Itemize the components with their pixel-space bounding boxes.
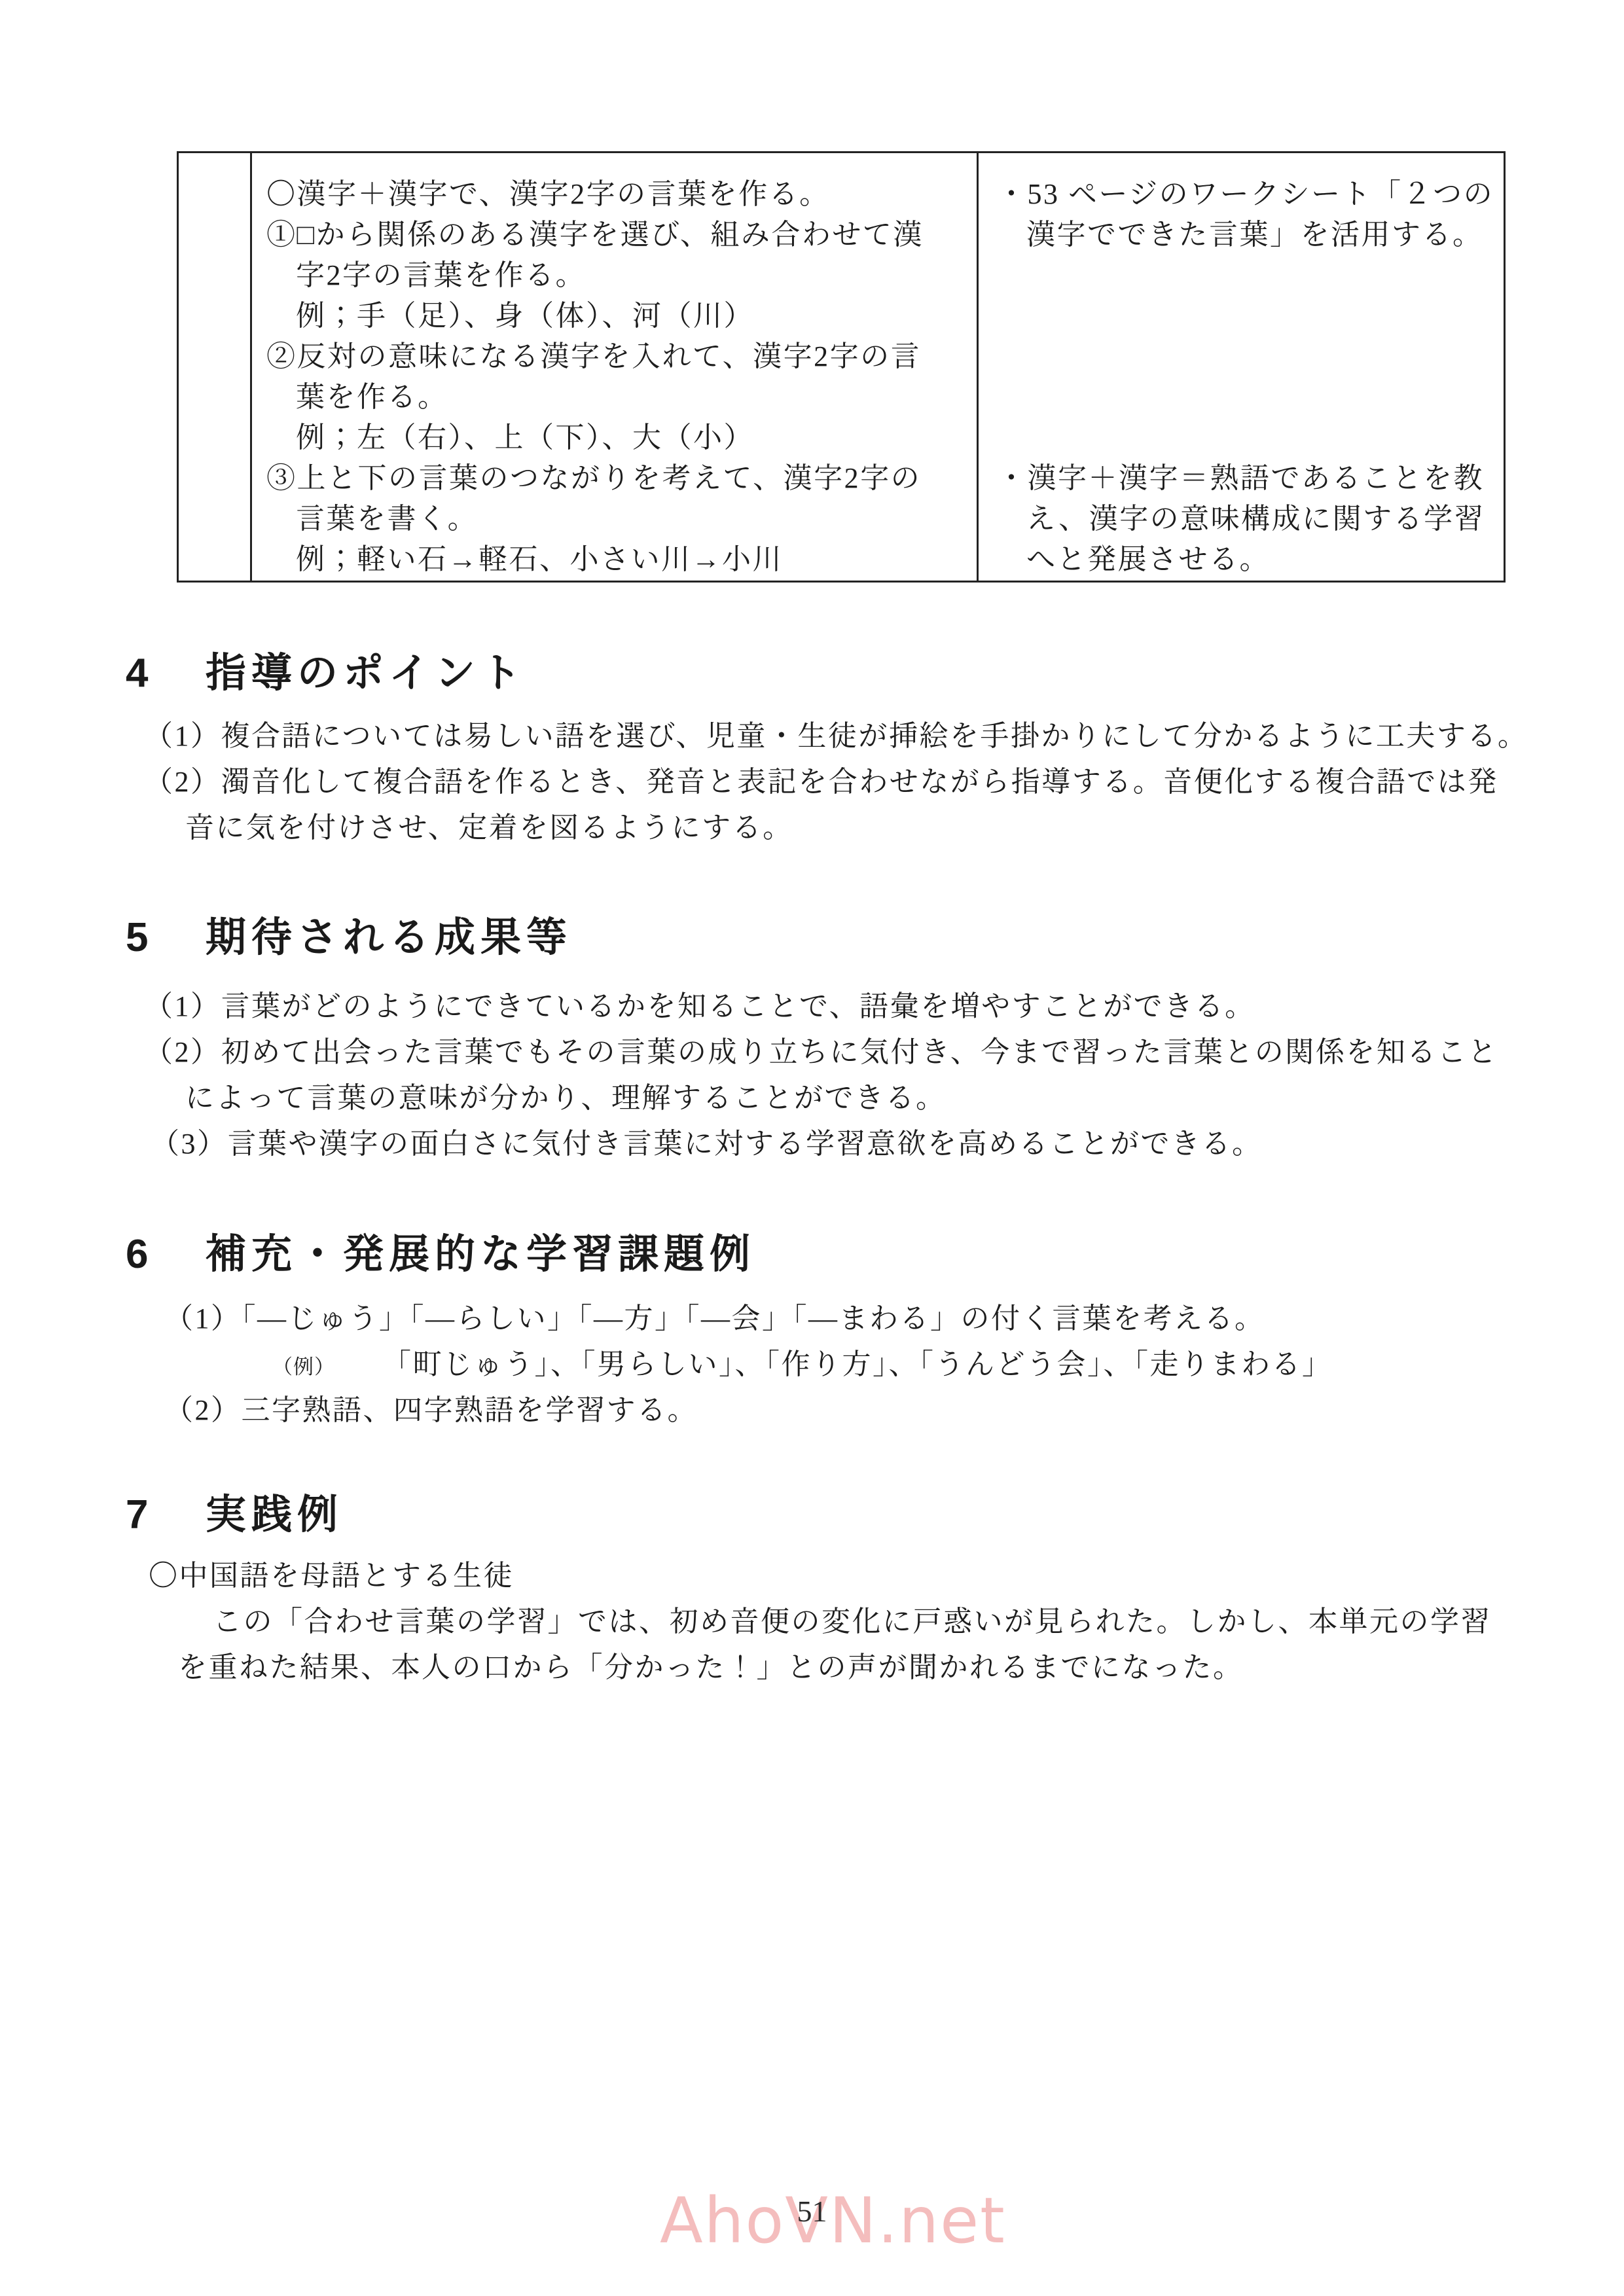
activity-line: ①□から関係のある漢字を選び、組み合わせて漢 xyxy=(266,215,977,255)
section-5-heading: 5期待される成果等 xyxy=(126,915,572,961)
activity-line: ③上と下の言葉のつながりを考えて、漢字2字の xyxy=(266,458,977,499)
section-title: 実践例 xyxy=(206,1492,343,1537)
body-line: （1）言葉がどのようにできているかを知ることで、語彙を増やすことができる。 xyxy=(144,984,1624,1030)
body-line: （1）「―じゅう」「―らしい」「―方」「―会」「―まわる」の付く言葉を考える。 xyxy=(164,1296,1624,1342)
section-number: 4 xyxy=(126,651,206,696)
body-line: （3）言葉や漢字の面白さに気付き言葉に対する学習意欲を高めることができる。 xyxy=(151,1121,1624,1167)
section-number: 7 xyxy=(126,1492,206,1538)
page-number: 51 xyxy=(0,2194,1624,2229)
section-title: 指導のポイント xyxy=(206,651,526,696)
activity-line: 例；手（足）、身（体）、河（川） xyxy=(266,296,977,336)
section-5-body: （1）言葉がどのようにできているかを知ることで、語彙を増やすことができる。 （2… xyxy=(0,984,1624,1167)
section-6-heading: 6補充・発展的な学習課題例 xyxy=(126,1232,755,1278)
section-4-body: （1）複合語については易しい語を選び、児童・生徒が挿絵を手掛かりにして分かるよう… xyxy=(0,713,1624,851)
section-number: 6 xyxy=(126,1232,206,1278)
activity-line: ②反対の意味になる漢字を入れて、漢字2字の言 xyxy=(266,336,977,377)
section-number: 5 xyxy=(126,915,206,961)
body-line: によって言葉の意味が分かり、理解することができる。 xyxy=(185,1075,1624,1121)
section-title: 補充・発展的な学習課題例 xyxy=(206,1232,755,1277)
note-line: え、漢字の意味構成に関する学習 xyxy=(997,499,1504,539)
example-text: 「町じゅう」、「男らしい」、「作り方」、「うんどう会」、「走りまわる」 xyxy=(382,1348,1333,1380)
body-line: （1）複合語については易しい語を選び、児童・生徒が挿絵を手掛かりにして分かるよう… xyxy=(144,713,1624,759)
example-label: （例） xyxy=(272,1355,335,1378)
activity-line: 葉を作る。 xyxy=(266,377,977,418)
activity-line: 字2字の言葉を作る。 xyxy=(266,255,977,296)
activity-line: 例；軽い石→軽石、小さい川→小川 xyxy=(266,539,977,580)
section-7-heading: 7実践例 xyxy=(126,1492,343,1538)
body-line: 〇中国語を母語とする生徒 xyxy=(149,1553,1624,1599)
body-line: この「合わせ言葉の学習」では、初め音便の変化に戸惑いが見られた。しかし、本単元の… xyxy=(213,1599,1624,1645)
lesson-activity-table: 〇漢字＋漢字で、漢字2字の言葉を作る。 ①□から関係のある漢字を選び、組み合わせ… xyxy=(177,151,1506,583)
note-jukugo: ・漢字＋漢字＝熟語であることを教 え、漢字の意味構成に関する学習 へと発展させる… xyxy=(997,458,1504,580)
body-line: を重ねた結果、本人の口から「分かった！」との声が聞かれるまでになった。 xyxy=(178,1645,1624,1691)
table-col-stage-empty xyxy=(179,153,252,581)
table-col-notes: ・53 ページのワークシート「２つの 漢字でできた言葉」を活用する。 ・漢字＋漢… xyxy=(979,153,1504,581)
section-6-body: （1）「―じゅう」「―らしい」「―方」「―会」「―まわる」の付く言葉を考える。 … xyxy=(0,1296,1624,1433)
section-7-body: 〇中国語を母語とする生徒 この「合わせ言葉の学習」では、初め音便の変化に戸惑いが… xyxy=(0,1553,1624,1691)
note-worksheet: ・53 ページのワークシート「２つの 漢字でできた言葉」を活用する。 xyxy=(997,174,1504,255)
section-4-heading: 4指導のポイント xyxy=(126,651,526,696)
activity-line: 〇漢字＋漢字で、漢字2字の言葉を作る。 xyxy=(266,174,977,215)
body-line: （2）初めて出会った言葉でもその言葉の成り立ちに気付き、今まで習った言葉との関係… xyxy=(144,1030,1624,1075)
activity-line: 例；左（右）、上（下）、大（小） xyxy=(266,418,977,458)
document-page: 〇漢字＋漢字で、漢字2字の言葉を作る。 ①□から関係のある漢字を選び、組み合わせ… xyxy=(0,0,1624,2296)
section-title: 期待される成果等 xyxy=(206,915,572,960)
note-line: ・53 ページのワークシート「２つの xyxy=(997,174,1504,215)
note-line: へと発展させる。 xyxy=(997,539,1504,580)
table-col-activities: 〇漢字＋漢字で、漢字2字の言葉を作る。 ①□から関係のある漢字を選び、組み合わせ… xyxy=(252,153,979,581)
body-line: 音に気を付けさせ、定着を図るようにする。 xyxy=(185,805,1624,851)
note-line: ・漢字＋漢字＝熟語であることを教 xyxy=(997,458,1504,499)
activity-line: 言葉を書く。 xyxy=(266,499,977,539)
body-line: （2）三字熟語、四字熟語を学習する。 xyxy=(164,1388,1624,1433)
body-line-example: （例）「町じゅう」、「男らしい」、「作り方」、「うんどう会」、「走りまわる」 xyxy=(272,1342,1624,1388)
body-line: （2）濁音化して複合語を作るとき、発音と表記を合わせながら指導する。音便化する複… xyxy=(144,759,1624,805)
note-line: 漢字でできた言葉」を活用する。 xyxy=(997,215,1504,255)
